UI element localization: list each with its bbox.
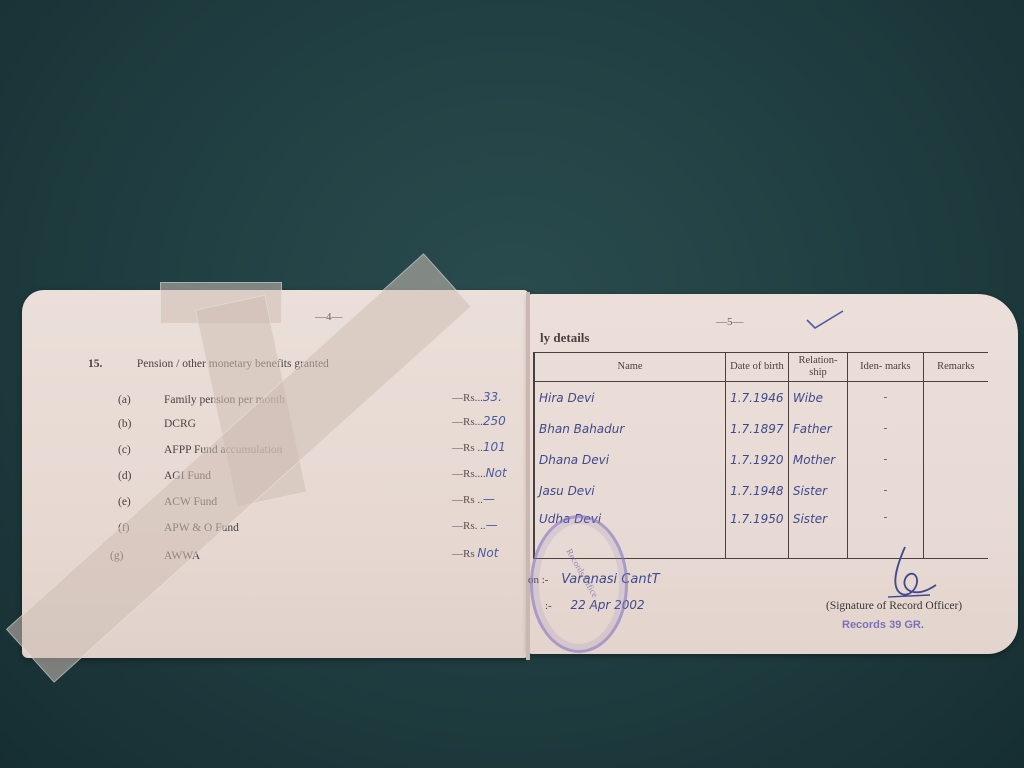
signature-mark: [880, 545, 940, 605]
page-number-left: —4—: [315, 311, 343, 323]
signature-stamp: Records 39 GR.: [842, 619, 924, 631]
family-details-title: ly details: [540, 330, 589, 346]
header-relationship: Relation-ship: [788, 353, 847, 382]
header-name: Name: [534, 353, 726, 382]
table-row: Bhan Bahadur 1.7.1897 Father -: [534, 413, 988, 444]
table-row: Jasu Devi 1.7.1948 Sister -: [534, 475, 988, 506]
page-number-right: —5—: [716, 316, 744, 328]
section-number: 15.: [88, 358, 134, 370]
benefit-amount: —Rs...250: [452, 414, 506, 428]
table-row: Dhana Devi 1.7.1920 Mother -: [534, 444, 988, 475]
book-fold: [526, 292, 530, 660]
table-row: Hira Devi 1.7.1946 Wibe -: [534, 382, 988, 414]
benefit-item: (b)DCRG: [118, 418, 196, 430]
header-iden-marks: Iden- marks: [848, 353, 923, 382]
header-dob: Date of birth: [726, 353, 789, 382]
benefit-amount: —Rs Not: [452, 546, 498, 560]
records-office-stamp: Records Office: [530, 515, 628, 653]
benefit-amount: —Rs...33.: [452, 390, 502, 404]
benefit-amount: —Rs. ..—: [452, 518, 498, 532]
table-header-row: Name Date of birth Relation-ship Iden- m…: [534, 353, 988, 382]
checkmark-icon: [805, 308, 845, 330]
benefit-amount: —Rs ..101: [452, 440, 506, 454]
signature-label: (Signature of Record Officer): [826, 600, 962, 612]
header-remarks: Remarks: [923, 353, 988, 382]
benefit-amount: —Rs ..—: [452, 492, 495, 506]
benefit-amount: —Rs....Not: [452, 466, 507, 480]
